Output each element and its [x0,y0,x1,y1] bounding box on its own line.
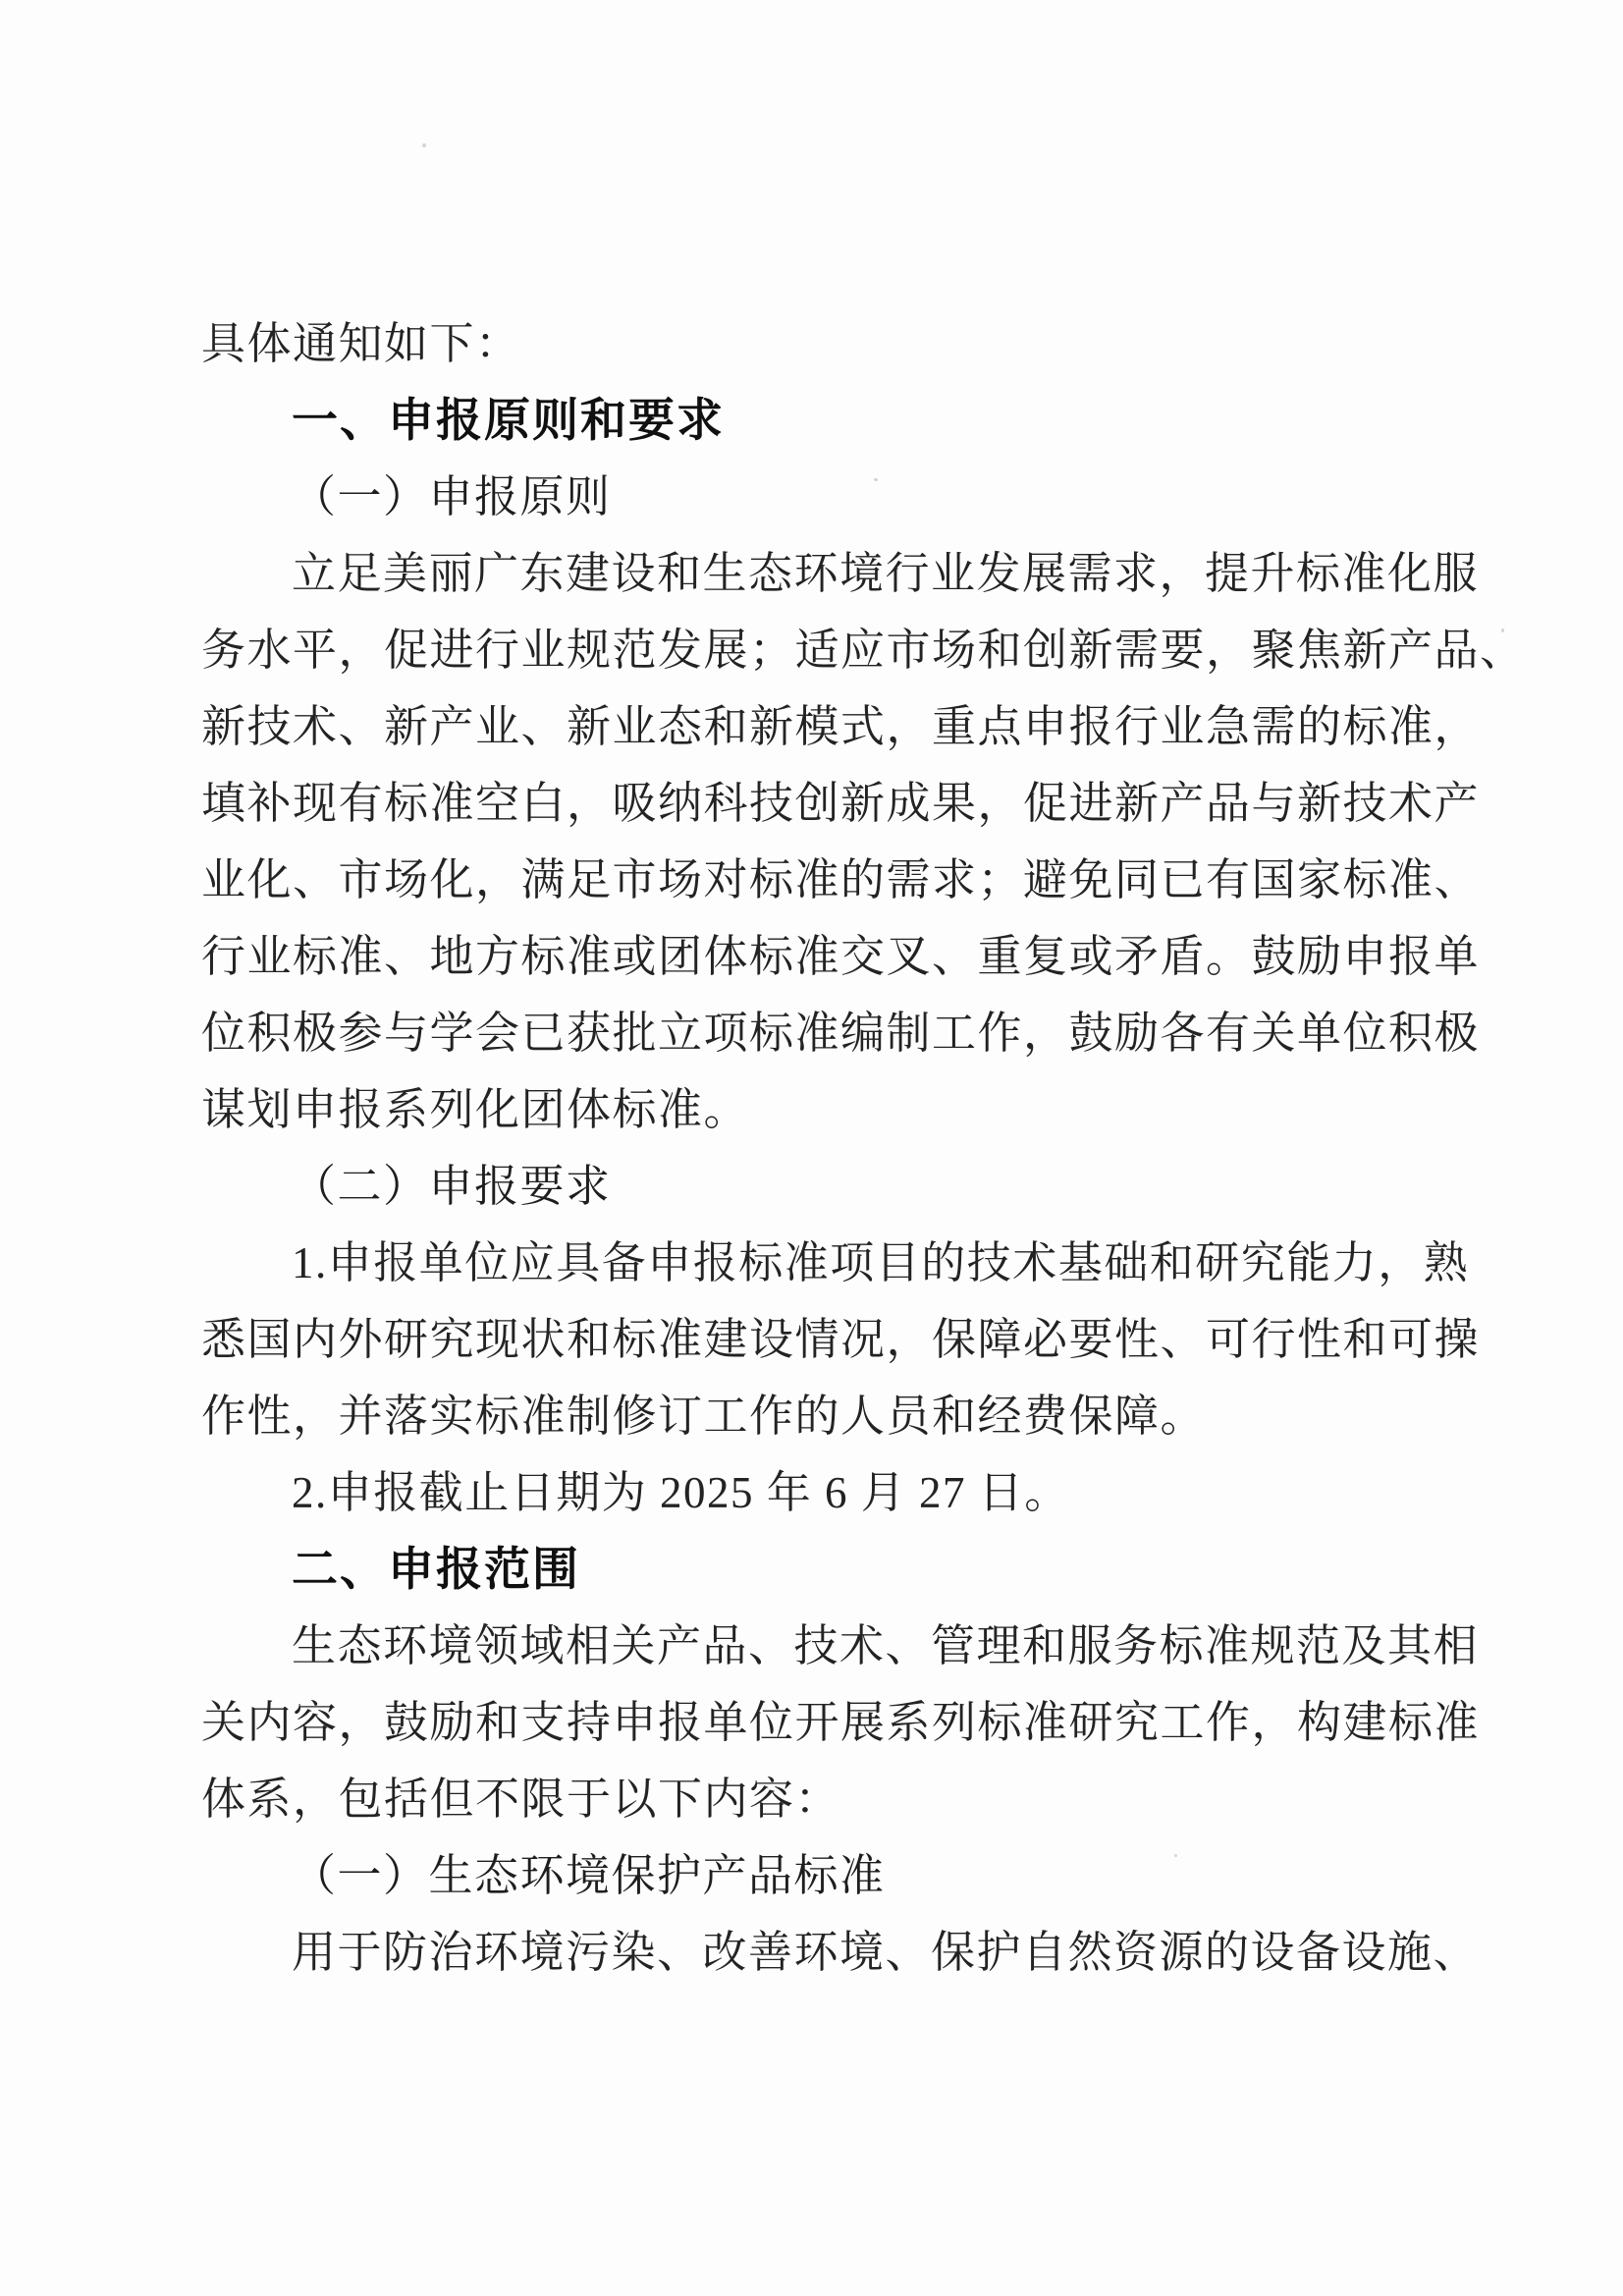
sub-heading: （一）生态环境保护产品标准 [201,1837,1623,1914]
text-line: 生态环境领域相关产品、技术、管理和服务标准规范及其相 [201,1608,1623,1684]
text-line: 用于防治环境污染、改善环境、保护自然资源的设备设施、 [201,1914,1623,1991]
text-line: 关内容，鼓励和支持申报单位开展系列标准研究工作，构建标准 [201,1684,1623,1761]
text-line: 务水平，促进行业规范发展；适应市场和创新需要，聚焦新产品、 [201,612,1623,688]
text-line: 立足美丽广东建设和生态环境行业发展需求，提升标准化服 [201,535,1623,612]
text-line: 1.申报单位应具备申报标准项目的技术基础和研究能力，熟 [201,1225,1623,1301]
scan-speck [1174,1854,1177,1857]
text-line: 位积极参与学会已获批立项标准编制工作，鼓励各有关单位积极 [201,995,1623,1071]
scan-speck [874,478,878,481]
text-line: 谋划申报系列化团体标准。 [201,1071,1623,1148]
scan-speck [1501,629,1504,632]
section-heading: 二、申报范围 [201,1531,1623,1608]
text-line: 2.申报截止日期为 2025 年 6 月 27 日。 [201,1454,1623,1531]
scan-speck [422,143,426,147]
text-line: 作性，并落实标准制修订工作的人员和经费保障。 [201,1378,1623,1454]
section-heading: 一、申报原则和要求 [201,382,1623,459]
text-line: 具体通知如下： [201,305,1623,382]
notice-body: 具体通知如下：一、申报原则和要求（一）申报原则立足美丽广东建设和生态环境行业发展… [201,305,1623,1991]
document-page: 具体通知如下：一、申报原则和要求（一）申报原则立足美丽广东建设和生态环境行业发展… [0,0,1623,2296]
text-line: 悉国内外研究现状和标准建设情况，保障必要性、可行性和可操 [201,1301,1623,1378]
text-line: 业化、市场化，满足市场对标准的需求；避免同已有国家标准、 [201,842,1623,918]
text-line: 行业标准、地方标准或团体标准交叉、重复或矛盾。鼓励申报单 [201,918,1623,995]
sub-heading: （一）申报原则 [201,459,1623,535]
sub-heading: （二）申报要求 [201,1148,1623,1225]
text-line: 新技术、新产业、新业态和新模式，重点申报行业急需的标准， [201,688,1623,765]
text-line: 填补现有标准空白，吸纳科技创新成果，促进新产品与新技术产 [201,765,1623,842]
text-line: 体系，包括但不限于以下内容： [201,1761,1623,1837]
